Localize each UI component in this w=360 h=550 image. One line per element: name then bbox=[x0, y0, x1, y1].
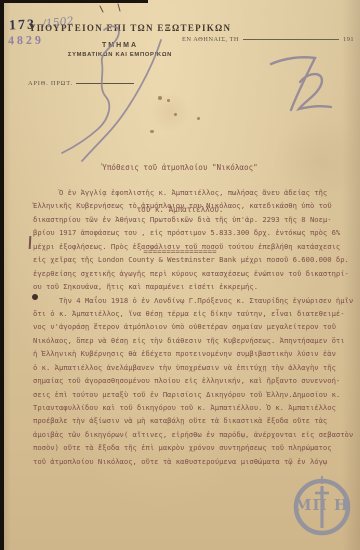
body-line: σεις ἐπὶ τούτου μεταξὺ τοῦ ἐν Παρισίοις … bbox=[33, 388, 353, 401]
body-line: εἰς χεῖρας τῆς London County & Westminst… bbox=[33, 253, 353, 266]
body-line: ἐγερθείσης σχετικῆς ἀγωγῆς περὶ κύρους κ… bbox=[33, 267, 353, 280]
document-page: 173 /1502 4829 ΥΠΟΥΡΓΕΙΟΝ ΕΠΙ ΤΩΝ ΕΞΩΤΕΡ… bbox=[0, 0, 360, 550]
ink-speck bbox=[158, 96, 162, 100]
body-line: ποσὸν) οὔτε τὰ ἔξοδα τῆς ἐπὶ μακρὸν χρόν… bbox=[33, 441, 353, 454]
ink-speck bbox=[167, 99, 170, 102]
body-line: σημαίας τοῦ ἀγορασθησομένου πλοίου εἰς ἑ… bbox=[33, 374, 353, 387]
protocol-number-line: ΑΡΙΘ. ΠΡΩΤ. bbox=[28, 80, 134, 87]
letterhead-department-line2: ΣΥΜΒΑΤΙΚΩΝ ΚΑΙ ΕΜΠΟΡΙΚΩΝ bbox=[32, 52, 208, 58]
stamped-number: 4829 bbox=[8, 33, 44, 49]
body-line: ἡ Ἑλληνικὴ Κυβέρνησις θὰ ἐδέχετο προτειν… bbox=[33, 347, 353, 360]
pencil-mark-7 bbox=[271, 57, 315, 110]
ink-speck bbox=[197, 117, 200, 120]
body-line: Τὴν 4 Μαΐου 1918 ὁ ἐν Λονδίνῳ Γ.Πρόξενος… bbox=[33, 294, 353, 307]
ink-blot bbox=[32, 294, 38, 300]
body-line: ἀμοιβὰς τῶν δικηγόρων( αἵτινες, εἰρήσθω … bbox=[33, 428, 353, 441]
body-line: μέχρι ἐξοφλήσεως. Πρὸς ἐξασφάλισιν τοῦ π… bbox=[33, 240, 353, 253]
body-line: Ὁ ἐν Ἀγγλίᾳ ἐφοπλιστὴς κ. Ἀμπατιέλλος, π… bbox=[33, 186, 353, 199]
date-year-prefix: 191 bbox=[343, 36, 354, 43]
body-line: ὅτι ὁ κ. Ἀμπατιέλλος, ἵνα θέσῃ τέρμα εἰς… bbox=[33, 307, 353, 320]
body-line: ὁ κ. Ἀμπατιέλλος ἀνελάμβανεν τὴν ὑποχρέω… bbox=[33, 361, 353, 374]
body-line: τοῦ ἀτμοπλοίου Νικόλαος, οὔτε τὰ καθυστε… bbox=[33, 455, 353, 468]
body-line: βρίου 1917 ἀποφάσεως του , εἰς πρόστιμον… bbox=[33, 226, 353, 239]
protocol-label: ΑΡΙΘ. ΠΡΩΤ. bbox=[28, 80, 73, 87]
subject-title-line1: Ὑπόθεσις τοῦ ἀτμοπλοίου "Νικόλαος" bbox=[60, 161, 300, 175]
margin-tick-mark bbox=[29, 236, 31, 249]
archive-stamp-monogram: ΜΠ Η bbox=[288, 496, 356, 514]
date-place-label: ΕΝ ΑΘΗΝΑΙΣ, ΤΗ bbox=[182, 36, 239, 43]
body-line: προέβαλε τὴν ἀξίωσιν νὰ μὴ καταβάλῃ οὔτε… bbox=[33, 414, 353, 427]
letter-body: Ὁ ἐν Ἀγγλίᾳ ἐφοπλιστὴς κ. Ἀμπατιέλλος, π… bbox=[33, 186, 353, 468]
letterhead-department-line1: ΤΜΗΜΑ bbox=[70, 42, 170, 49]
scan-edge-top bbox=[0, 0, 148, 3]
scan-edge-left bbox=[0, 0, 4, 550]
body-line: δικαστηρίου τῶν ἐν Ἀθήναις Πρωτοδικῶν δι… bbox=[33, 213, 353, 226]
stray-mark-2 bbox=[118, 4, 120, 11]
body-line: Ἑλληνικῆς Κυβερνήσεως τὸ ἀτμόπλοιον του … bbox=[33, 199, 353, 212]
date-fill-rule bbox=[243, 39, 339, 40]
protocol-fill-rule bbox=[76, 83, 134, 84]
body-line: Τριανταφυλλίδου καὶ τοῦ δικηγόρου τοῦ κ.… bbox=[33, 401, 353, 414]
body-line: ου τοῦ Σηκουάνα, ἥτις καὶ παραμένει εἰσέ… bbox=[33, 280, 353, 293]
archive-stamp: ΜΠ Η bbox=[288, 472, 356, 540]
pencil-mark-2 bbox=[299, 74, 331, 109]
letterhead-ministry: ΥΠΟΥΡΓΕΙΟΝ ΕΠΙ ΤΩΝ ΕΞΩΤΕΡΙΚΩΝ bbox=[29, 23, 231, 33]
date-line: ΕΝ ΑΘΗΝΑΙΣ, ΤΗ191 bbox=[182, 36, 354, 43]
ink-speck bbox=[150, 130, 154, 133]
stray-mark-1 bbox=[100, 6, 103, 12]
ink-speck bbox=[174, 113, 177, 116]
body-line: Νικόλαος, ὅπερ νὰ θέσῃ εἰς τὴν διάθεσιν … bbox=[33, 334, 353, 347]
body-line: νος ν'ἀγοράσῃ ἕτερον ἀτμόπλοιον ὑπὸ οὐθε… bbox=[33, 320, 353, 333]
